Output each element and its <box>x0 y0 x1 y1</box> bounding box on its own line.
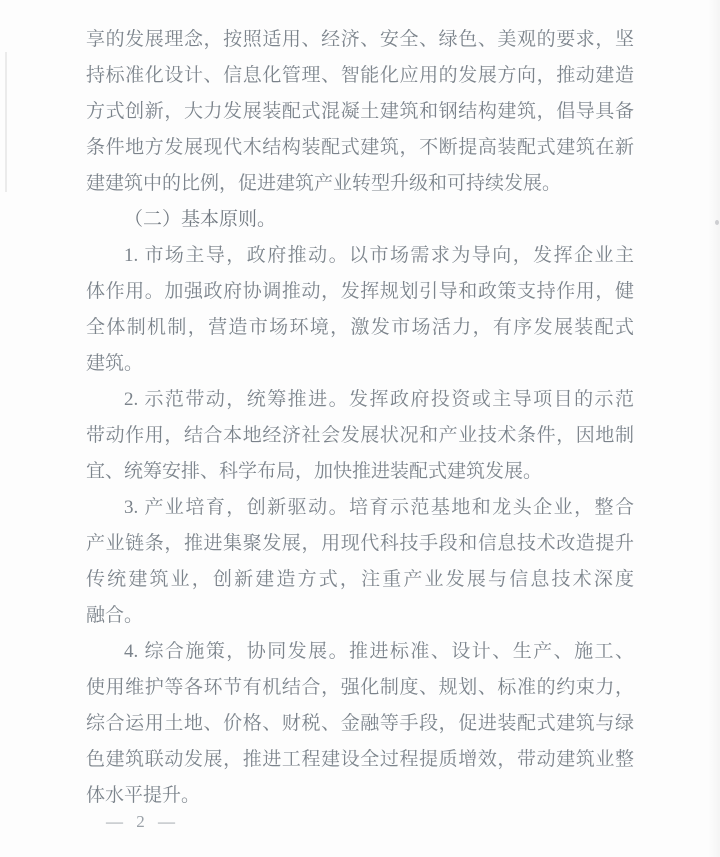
scan-edge-artifact-right <box>708 0 720 857</box>
text-line: 融合。 <box>86 598 634 634</box>
text-line: 传统建筑业，创新建造方式，注重产业发展与信息技术深度 <box>86 562 634 598</box>
text-line: 享的发展理念，按照适用、经济、安全、绿色、美观的要求，坚 <box>86 22 634 58</box>
page-number: — 2 — <box>106 812 176 832</box>
text-line: 体作用。加强政府协调推动，发挥规划引导和政策支持作用，健 <box>86 274 634 310</box>
body-text: 享的发展理念，按照适用、经济、安全、绿色、美观的要求，坚持标准化设计、信息化管理… <box>86 22 634 814</box>
text-line: 带动作用，结合本地经济社会发展状况和产业技术条件，因地制 <box>86 418 634 454</box>
text-line: 体水平提升。 <box>86 778 634 814</box>
text-line: 建筑。 <box>86 346 634 382</box>
text-line: 色建筑联动发展，推进工程建设全过程提质增效，带动建筑业整 <box>86 742 634 778</box>
text-line: 综合运用土地、价格、财税、金融等手段，促进装配式建筑与绿 <box>86 706 634 742</box>
text-line: 宜、统筹安排、科学布局，加快推进装配式建筑发展。 <box>86 454 634 490</box>
text-line: （二）基本原则。 <box>86 202 634 238</box>
text-line: 持标准化设计、信息化管理、智能化应用的发展方向，推动建造 <box>86 58 634 94</box>
text-line: 全体制机制，营造市场环境，激发市场活力，有序发展装配式 <box>86 310 634 346</box>
text-line: 4. 综合施策，协同发展。推进标准、设计、生产、施工、 <box>86 634 634 670</box>
scan-speck-artifact <box>715 220 719 225</box>
document-page: 享的发展理念，按照适用、经济、安全、绿色、美观的要求，坚持标准化设计、信息化管理… <box>0 0 720 857</box>
text-line: 产业链条，推进集聚发展，用现代科技手段和信息技术改造提升 <box>86 526 634 562</box>
text-line: 条件地方发展现代木结构装配式建筑，不断提高装配式建筑在新 <box>86 130 634 166</box>
text-line: 使用维护等各环节有机结合，强化制度、规划、标准的约束力， <box>86 670 634 706</box>
text-line: 1. 市场主导，政府推动。以市场需求为导向，发挥企业主 <box>86 238 634 274</box>
scan-edge-artifact-left <box>5 52 7 192</box>
text-line: 建建筑中的比例，促进建筑产业转型升级和可持续发展。 <box>86 166 634 202</box>
text-line: 3. 产业培育，创新驱动。培育示范基地和龙头企业，整合 <box>86 490 634 526</box>
text-line: 2. 示范带动，统筹推进。发挥政府投资或主导项目的示范 <box>86 382 634 418</box>
text-line: 方式创新，大力发展装配式混凝土建筑和钢结构建筑，倡导具备 <box>86 94 634 130</box>
